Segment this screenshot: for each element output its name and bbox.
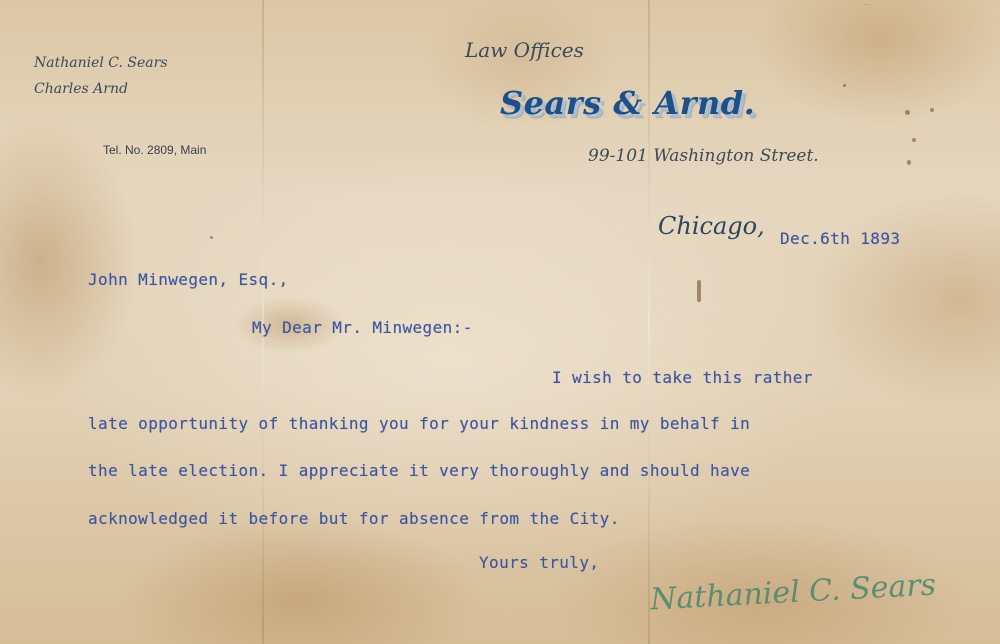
printer-mark: ... — [864, 0, 870, 7]
foxing-spot — [210, 236, 213, 239]
letter-page: ... Nathaniel C. Sears Charles Arnd Tel.… — [0, 0, 1000, 644]
firm-address: 99-101 Washington Street. — [588, 146, 819, 166]
stain-mark — [697, 280, 701, 302]
partner-name: Charles Arnd — [34, 76, 168, 102]
partner-names: Nathaniel C. Sears Charles Arnd — [34, 50, 168, 102]
telephone-number: Tel. No. 2809, Main — [103, 143, 206, 157]
partner-name: Nathaniel C. Sears — [34, 50, 168, 76]
salutation: My Dear Mr. Minwegen:- — [252, 318, 473, 337]
foxing-spot — [912, 138, 916, 142]
firm-name: Sears & Arnd. — [500, 84, 755, 122]
body-line: the late election. I appreciate it very … — [88, 461, 750, 480]
foxing-spot — [905, 110, 910, 115]
body-line: I wish to take this rather — [552, 368, 813, 387]
foxing-spot — [930, 108, 934, 112]
closing: Yours truly, — [479, 553, 599, 572]
handwritten-signature: Nathaniel C. Sears — [649, 568, 937, 618]
law-offices-heading: Law Offices — [465, 38, 584, 62]
foxing-spot — [843, 84, 846, 87]
body-line: late opportunity of thanking you for you… — [88, 414, 750, 433]
body-line: acknowledged it before but for absence f… — [88, 509, 620, 528]
recipient: John Minwegen, Esq., — [88, 270, 289, 289]
letter-date: Dec.6th 1893 — [780, 229, 900, 248]
city: Chicago, — [658, 212, 765, 240]
foxing-spot — [907, 160, 911, 165]
